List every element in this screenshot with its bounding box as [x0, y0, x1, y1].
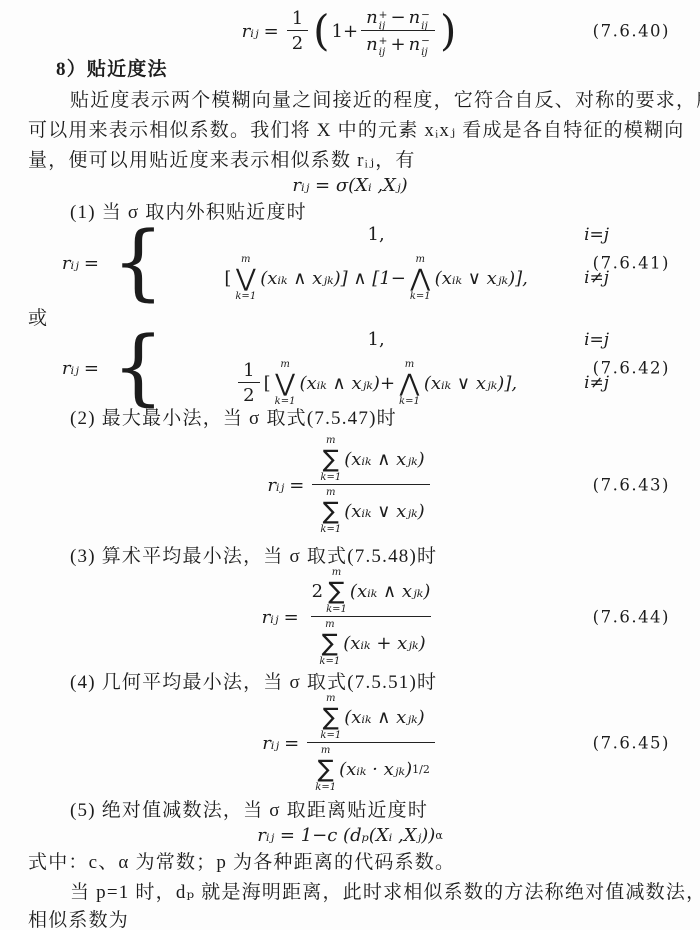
eq46-exponent: α: [435, 829, 442, 842]
paragraph-line: 贴近度表示两个模糊向量之间接近的程度，它符合自反、对称的要求，所以: [70, 88, 700, 114]
equation-number: (7.6.44): [593, 608, 670, 627]
eq40-main-fraction: n +ij − n −ij n +ij + n −ij: [361, 7, 435, 55]
equation-7-6-41: rᵢⱼ = { 1, i=j [ m⋁k=1 (xᵢₖ ∧ xⱼₖ)] ∧ [1…: [0, 222, 700, 304]
eq40-right-paren: ): [440, 14, 456, 48]
eq45-lhs: rᵢⱼ: [262, 733, 279, 754]
equation-7-6-45: rᵢⱼ = m∑k=1 (xᵢₖ ∧ xⱼₖ) m∑k=1 (xᵢₖ · xⱼₖ…: [0, 692, 700, 794]
eq40-half-fraction: 1 2: [287, 8, 308, 54]
equation-number: (7.6.41): [593, 254, 670, 273]
eq45-exponent: 1/2: [412, 763, 430, 776]
big-wedge-operator: m⋀k=1: [399, 359, 420, 407]
eq40-one-plus: 1+: [332, 21, 359, 42]
big-wedge-operator: m⋀k=1: [410, 254, 431, 302]
equation-7-6-42: rᵢⱼ = { 1, i=j 1 2 [ m⋁k=1 (xᵢₖ ∧: [0, 330, 700, 406]
eq40-equals: =: [264, 21, 279, 42]
paragraph-line: 可以用来表示相似系数。我们将 X 中的元素 xᵢxⱼ 看成是各自特征的模糊向: [28, 118, 684, 144]
big-vee-operator: m⋁k=1: [235, 254, 256, 302]
equation-number: (7.6.42): [593, 359, 670, 378]
sum-operator: m∑k=1: [320, 487, 341, 535]
textbook-page: rᵢⱼ = 1 2 ( 1+ n +ij − n −ij n +ij + n −…: [0, 0, 700, 930]
sum-operator: m∑k=1: [319, 619, 340, 667]
sum-operator: m∑k=1: [326, 567, 347, 615]
eq43-lhs: rᵢⱼ: [267, 475, 284, 496]
eq44-coefficient: 2: [312, 581, 323, 602]
equation-distance: rᵢⱼ = 1−c (dₚ(Xᵢ ,Xⱼ))α: [0, 822, 700, 848]
eq45-fraction: m∑k=1 (xᵢₖ ∧ xⱼₖ) m∑k=1 (xᵢₖ · xⱼₖ) 1/2: [307, 693, 435, 793]
equation-sigma: rᵢⱼ = σ(Xᵢ ,Xⱼ): [0, 172, 700, 198]
sum-operator: m∑k=1: [320, 693, 341, 741]
eq42-lhs: rᵢⱼ: [62, 358, 79, 379]
equation-number: (7.6.40): [593, 22, 670, 41]
paragraph-line: 式中：c、α 为常数；p 为各种距离的代码系数。: [28, 850, 455, 876]
section-heading: 8）贴近度法: [56, 57, 168, 83]
sum-operator: m∑k=1: [315, 745, 336, 793]
paragraph-line: 当 p=1 时，dₚ 就是海明距离，此时求相似系数的方法称绝对值减数法，其: [70, 880, 700, 906]
paragraph-line: 相似系数为: [28, 908, 129, 930]
eq44-lhs: rᵢⱼ: [262, 607, 279, 628]
list-item-2: (2) 最大最小法，当 σ 取式(7.5.47)时: [70, 406, 397, 432]
eq41-lhs: rᵢⱼ: [62, 253, 79, 274]
sum-operator: m∑k=1: [320, 435, 341, 483]
eq42-half-fraction: 1 2: [238, 360, 259, 406]
equation-number: (7.6.45): [593, 734, 670, 753]
eq40-left-paren: (: [313, 14, 329, 48]
big-vee-operator: m⋁k=1: [275, 359, 296, 407]
eq43-fraction: m∑k=1 (xᵢₖ ∧ xⱼₖ) m∑k=1 (xᵢₖ ∨ xⱼₖ): [312, 435, 429, 535]
equation-7-6-43: rᵢⱼ = m∑k=1 (xᵢₖ ∧ xⱼₖ) m∑k=1 (xᵢₖ ∨ xⱼₖ…: [0, 432, 700, 538]
eq44-fraction: 2 m∑k=1 (xᵢₖ ∧ xⱼₖ) m∑k=1 (xᵢₖ + xⱼₖ): [307, 567, 436, 667]
list-item-5: (5) 绝对值减数法，当 σ 取距离贴近度时: [70, 798, 428, 824]
connector-or: 或: [28, 306, 48, 332]
piecewise-brace: {: [112, 333, 164, 403]
piecewise-brace: {: [112, 228, 164, 298]
equation-number: (7.6.43): [593, 476, 670, 495]
equation-7-6-44: rᵢⱼ = 2 m∑k=1 (xᵢₖ ∧ xⱼₖ) m∑k=1 (xᵢₖ + x…: [0, 566, 700, 668]
eq40-lhs: rᵢⱼ: [242, 21, 259, 42]
equation-7-6-40: rᵢⱼ = 1 2 ( 1+ n +ij − n −ij n +ij + n −…: [0, 6, 700, 56]
paragraph-line: 量，便可以用贴近度来表示相似系数 rᵢⱼ，有: [28, 148, 416, 174]
